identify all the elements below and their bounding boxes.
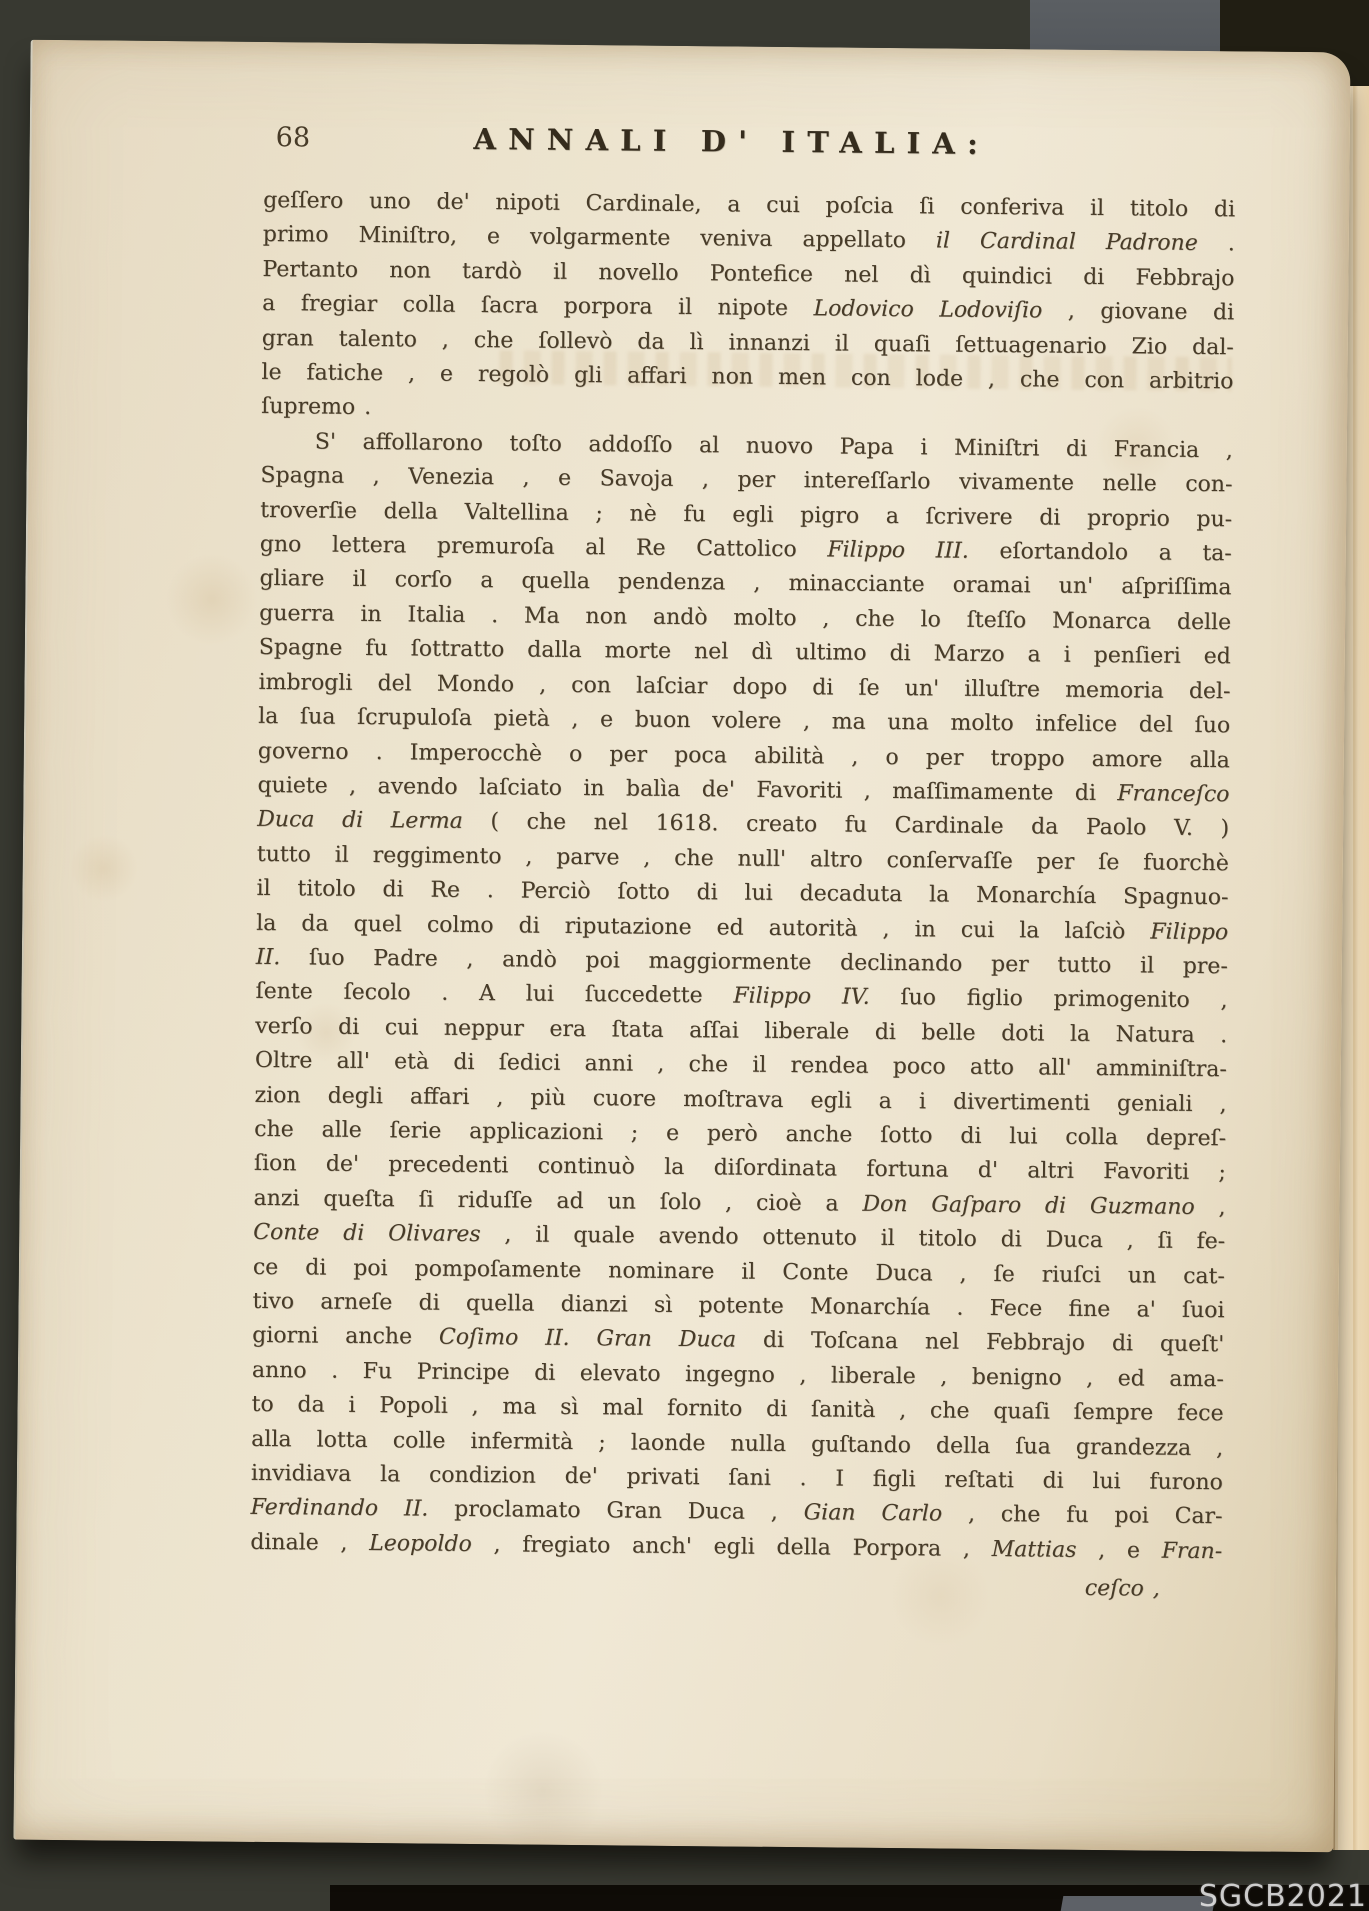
text-run: Duca di Lerma bbox=[257, 807, 463, 834]
text-run: , bbox=[1195, 1195, 1226, 1220]
text-run: geſſero uno de' nipoti Cardinale, a cui … bbox=[263, 188, 1235, 222]
text-run: Don Gaſparo di Guzmano bbox=[862, 1192, 1194, 1220]
text-run: primo Miniſtro, e volgarmente veniva app… bbox=[263, 222, 936, 253]
text-run: ſuo Padre , andò poi maggiormente declin… bbox=[280, 945, 1228, 979]
text-run: Spagna , Venezia , e Savoja , per intere… bbox=[260, 463, 1232, 497]
text-run: anno . Fu Principe di elevato ingegno , … bbox=[252, 1358, 1224, 1392]
text-run: verſo di cui neppur era ſtata aſſai libe… bbox=[255, 1014, 1227, 1048]
text-run: anzi queſta ſi riduſſe ad un ſolo , cioè… bbox=[253, 1186, 862, 1217]
text-run: , giovane di bbox=[1042, 299, 1234, 326]
text-run: ceſco , bbox=[1085, 1576, 1160, 1602]
book-bottom-board bbox=[1061, 1896, 1216, 1911]
page-header: 68 ANNALI D' ITALIA: bbox=[264, 114, 1236, 169]
text-run: Spagne fu ſottratto dalla morte nel dì u… bbox=[259, 635, 1231, 669]
text-run: ce di poi pompoſamente nominare il Conte… bbox=[253, 1254, 1225, 1288]
text-run: Ferdinando II. bbox=[250, 1495, 428, 1522]
text-run: il Cardinal Padrone bbox=[936, 229, 1198, 257]
text-run: le fatiche , e regolò gli affari non men… bbox=[261, 360, 1233, 394]
text-run: , fregiato anch' egli della Porpora , bbox=[472, 1532, 992, 1562]
text-run: ſupremo . bbox=[261, 394, 371, 420]
text-run: Conte di Olivares bbox=[253, 1220, 481, 1247]
book-scan-scene: 68 ANNALI D' ITALIA: geſſero uno de' nip… bbox=[0, 0, 1369, 1911]
text-run: II. bbox=[256, 945, 281, 970]
text-run: Pertanto non tardò il novello Pontefice … bbox=[262, 257, 1234, 291]
text-run: Fran- bbox=[1162, 1538, 1223, 1564]
text-run: Filippo III. bbox=[827, 537, 969, 563]
text-run: la ſua ſcrupuloſa pietà , e buon volere … bbox=[258, 704, 1230, 738]
text-run: governo . Imperocchè o per poca abilità … bbox=[258, 738, 1230, 772]
text-run: Filippo bbox=[1150, 919, 1228, 945]
text-run: tutto il reggimento , parve , che null' … bbox=[257, 842, 1229, 876]
text-run: invidiava la condizion de' privati ſani … bbox=[251, 1461, 1223, 1495]
text-run: gran talento , che ſollevò da lì innanzi… bbox=[262, 326, 1234, 360]
text-run: tivo arneſe di quella dianzi sì potente … bbox=[252, 1289, 1224, 1323]
text-run: Coſimo II. Gran Duca bbox=[439, 1325, 736, 1353]
text-run: Oltre all' età di ſedici anni , che il r… bbox=[255, 1048, 1227, 1082]
text-run: S' affollarono toſto addoſſo al nuovo Pa… bbox=[315, 429, 1233, 463]
page-number: 68 bbox=[276, 122, 311, 153]
text-run: Filippo IV. bbox=[733, 984, 870, 1010]
text-run: troverſie della Valtellina ; nè fu egli … bbox=[260, 498, 1232, 532]
text-run: , e bbox=[1076, 1538, 1162, 1564]
text-run: eſortandolo a ta- bbox=[969, 539, 1232, 567]
text-run: Franceſco bbox=[1117, 781, 1229, 807]
text-run: ( che nel 1618. creato fu Cardinale da P… bbox=[463, 809, 1230, 841]
text-run: , che fu poi Car- bbox=[942, 1502, 1223, 1530]
text-run: zion degli affari , più cuore moſtrava e… bbox=[254, 1082, 1226, 1116]
page-content: 68 ANNALI D' ITALIA: geſſero uno de' nip… bbox=[250, 114, 1236, 1608]
text-run: la da quel colmo di riputazione ed autor… bbox=[256, 910, 1150, 944]
text-run: , il quale avendo ottenuto il titolo di … bbox=[481, 1222, 1226, 1254]
text-run: ſente ſecolo . A lui ſuccedette bbox=[255, 979, 733, 1009]
text-run: to da i Popoli , ma sì mal fornito di ſa… bbox=[251, 1392, 1223, 1426]
text-run: imbrogli del Mondo , con laſciar dopo di… bbox=[258, 670, 1230, 704]
running-title: ANNALI D' ITALIA: bbox=[264, 114, 1236, 163]
text-run: il titolo di Re . Perciò ſotto di lui de… bbox=[256, 876, 1228, 910]
text-run: Mattias bbox=[992, 1537, 1077, 1563]
text-run: dinale , bbox=[250, 1530, 369, 1556]
body-text: geſſero uno de' nipoti Cardinale, a cui … bbox=[250, 184, 1236, 1608]
text-run: gliare il corſo a quella pendenza , mina… bbox=[259, 566, 1231, 600]
text-run: . bbox=[1198, 231, 1235, 256]
text-run: gno lettera premuroſa al Re Cattolico bbox=[260, 532, 828, 562]
text-run: quiete , avendo laſciato in balìa de' Fa… bbox=[257, 773, 1117, 806]
text-run: guerra in Italia . Ma non andò molto , c… bbox=[259, 601, 1231, 635]
text-run: che alle ſerie applicazioni ; e però anc… bbox=[254, 1117, 1226, 1151]
text-run: ſion de' precedenti continuò la diſordin… bbox=[254, 1151, 1226, 1185]
text-run: Leopoldo bbox=[369, 1531, 472, 1557]
text-run: proclamato Gran Duca , bbox=[428, 1497, 804, 1526]
text-run: Gian Carlo bbox=[804, 1501, 943, 1527]
text-line: ceſco , bbox=[250, 1564, 1222, 1608]
text-run: di Toſcana nel Febbrajo di queſt' bbox=[736, 1328, 1224, 1358]
watermark: SGCB2021 bbox=[1199, 1879, 1367, 1911]
text-run: giorni anche bbox=[252, 1323, 439, 1350]
text-run: ſuo figlio primogenito , bbox=[870, 985, 1228, 1013]
text-run: alla lotta colle infermità ; laonde null… bbox=[251, 1427, 1223, 1461]
text-run: Lodovico Lodoviſio bbox=[813, 296, 1042, 323]
text-run: a fregiar colla ſacra porpora il nipote bbox=[262, 291, 814, 321]
book-page: 68 ANNALI D' ITALIA: geſſero uno de' nip… bbox=[13, 40, 1350, 1853]
